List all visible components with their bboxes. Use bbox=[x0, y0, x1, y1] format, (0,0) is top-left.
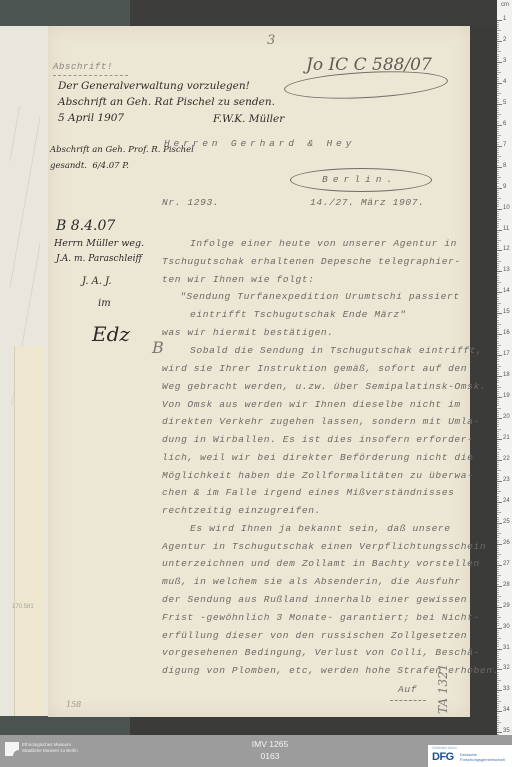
ruler-minor-tick bbox=[497, 211, 499, 212]
ruler-minor-tick bbox=[497, 294, 499, 295]
ruler-minor-tick bbox=[497, 265, 499, 266]
ruler-minor-tick bbox=[497, 244, 499, 245]
ruler-minor-tick bbox=[497, 47, 499, 48]
ruler-minor-tick bbox=[497, 496, 499, 497]
file-prefix: Jo IC bbox=[306, 55, 348, 75]
body-line: der Sendung aus Rußland innerhalb einer … bbox=[162, 594, 467, 605]
ruler-tick-label: 5 bbox=[503, 100, 506, 106]
handwritten-note-line-2: Abschrift an Geh. Rat Pischel zu senden. bbox=[58, 96, 275, 108]
ruler-minor-tick bbox=[497, 437, 499, 438]
ruler-minor-tick bbox=[497, 345, 501, 346]
ruler-tick-label: 11 bbox=[503, 226, 509, 232]
body-line: wird sie Ihrer Instruktion gemäß, sofort… bbox=[162, 363, 467, 374]
body-line: Weg gebracht werden, u.zw. über Semipala… bbox=[162, 381, 486, 392]
ruler-minor-tick bbox=[497, 79, 499, 80]
ruler-minor-tick bbox=[497, 221, 499, 222]
ruler-tick bbox=[497, 544, 502, 545]
ruler-minor-tick bbox=[497, 349, 499, 350]
ruler-minor-tick bbox=[497, 116, 499, 117]
ruler-tick-label: 23 bbox=[503, 477, 510, 483]
ruler-minor-tick bbox=[497, 261, 501, 262]
ruler-tick-label: 31 bbox=[503, 645, 510, 651]
ruler-minor-tick bbox=[497, 399, 499, 400]
ruler-minor-tick bbox=[497, 684, 499, 685]
ruler-minor-tick bbox=[497, 401, 499, 402]
ruler-minor-tick bbox=[497, 56, 499, 57]
ruler-minor-tick bbox=[497, 198, 501, 199]
ruler-tick-label: 6 bbox=[503, 121, 506, 127]
ruler-minor-tick bbox=[497, 22, 499, 23]
page-number: 3 bbox=[267, 33, 275, 48]
ruler-minor-tick bbox=[497, 60, 499, 61]
ruler-minor-tick bbox=[497, 676, 499, 677]
ruler-minor-tick bbox=[497, 357, 499, 358]
ruler-minor-tick bbox=[497, 506, 499, 507]
ruler-minor-tick bbox=[497, 54, 499, 55]
ruler-minor-tick bbox=[497, 403, 499, 404]
ruler-minor-tick bbox=[497, 579, 499, 580]
ruler-minor-tick bbox=[497, 372, 499, 373]
ruler-minor-tick bbox=[497, 493, 499, 494]
ruler-minor-tick bbox=[497, 253, 499, 254]
catchword-underline bbox=[390, 700, 426, 701]
ruler-tick bbox=[497, 104, 502, 105]
ruler-minor-tick bbox=[497, 297, 499, 298]
ruler-minor-tick bbox=[497, 238, 499, 239]
letter-date: 14./27. März 1907. bbox=[310, 197, 424, 208]
ruler-minor-tick bbox=[497, 341, 499, 342]
ruler-minor-tick bbox=[497, 550, 499, 551]
ruler-tick bbox=[497, 481, 502, 482]
ruler-minor-tick bbox=[497, 594, 499, 595]
ruler-minor-tick bbox=[497, 77, 499, 78]
ruler-minor-tick bbox=[497, 139, 499, 140]
body-line: muß, in welchem sie als Absenderin, die … bbox=[162, 576, 461, 587]
ruler-minor-tick bbox=[497, 431, 499, 432]
ruler-minor-tick bbox=[497, 452, 499, 453]
ruler-minor-tick bbox=[497, 286, 499, 287]
ruler-minor-tick bbox=[497, 330, 499, 331]
ruler-minor-tick bbox=[497, 311, 499, 312]
ruler-tick-label: 18 bbox=[503, 372, 510, 378]
ruler-minor-tick bbox=[497, 37, 499, 38]
ruler-minor-tick bbox=[497, 651, 499, 652]
ruler-minor-tick bbox=[497, 473, 499, 474]
ruler-minor-tick bbox=[497, 697, 499, 698]
ruler-minor-tick bbox=[497, 158, 499, 159]
ruler-minor-tick bbox=[497, 91, 499, 92]
ruler-minor-tick bbox=[497, 581, 499, 582]
left-page-number: 158 bbox=[66, 700, 81, 709]
ruler-minor-tick bbox=[497, 596, 501, 597]
ruler-tick-label: 16 bbox=[503, 330, 510, 336]
dfg-logo: Gefördert durch DFG Deutsche Forschungsg… bbox=[428, 745, 512, 767]
ruler-minor-tick bbox=[497, 98, 499, 99]
ruler-minor-tick bbox=[497, 70, 499, 71]
ruler-minor-tick bbox=[497, 202, 499, 203]
ruler-tick bbox=[497, 20, 502, 21]
ruler-minor-tick bbox=[497, 366, 501, 367]
ruler-minor-tick bbox=[497, 621, 499, 622]
ruler-tick-label: 14 bbox=[503, 288, 510, 294]
ruler-minor-tick bbox=[497, 263, 499, 264]
ruler-minor-tick bbox=[497, 590, 499, 591]
body-line: lich, weil wir bei direkter Beförderung … bbox=[162, 452, 474, 463]
ruler-minor-tick bbox=[497, 162, 499, 163]
ruler-minor-tick bbox=[497, 600, 499, 601]
museum-sub: Staatliche Museen zu Berlin bbox=[22, 748, 78, 754]
ruler-minor-tick bbox=[497, 171, 499, 172]
ruler-minor-tick bbox=[497, 382, 499, 383]
ruler-minor-tick bbox=[497, 410, 499, 411]
ruler-minor-tick bbox=[497, 529, 499, 530]
ruler-tick-label: 24 bbox=[503, 498, 510, 504]
ruler-minor-tick bbox=[497, 573, 499, 574]
ruler-tick bbox=[497, 41, 502, 42]
ruler-minor-tick bbox=[497, 190, 499, 191]
body-line: Tschugutschak erhaltenen Depesche telegr… bbox=[162, 256, 461, 267]
ruler-minor-tick bbox=[497, 142, 499, 143]
ruler-tick-label: 3 bbox=[503, 58, 506, 64]
ruler-minor-tick bbox=[497, 30, 501, 31]
margin-mark: B bbox=[152, 338, 164, 357]
ruler-minor-tick bbox=[497, 154, 499, 155]
ruler-minor-tick bbox=[497, 663, 499, 664]
ruler-tick bbox=[497, 292, 502, 293]
ruler-minor-tick bbox=[497, 441, 499, 442]
ruler-minor-tick bbox=[497, 416, 499, 417]
ruler-minor-tick bbox=[497, 347, 499, 348]
ruler-minor-tick bbox=[497, 234, 499, 235]
ruler-minor-tick bbox=[497, 456, 499, 457]
ruler-tick bbox=[497, 125, 502, 126]
ruler-minor-tick bbox=[497, 393, 499, 394]
ruler-minor-tick bbox=[497, 35, 499, 36]
margin-note-3: J.A. m. Paraschleiff bbox=[56, 254, 142, 264]
ruler-minor-tick bbox=[497, 665, 499, 666]
ruler-minor-tick bbox=[497, 508, 499, 509]
ruler-tick bbox=[497, 565, 502, 566]
margin-note-6: Edz bbox=[92, 322, 130, 346]
ruler-minor-tick bbox=[497, 223, 499, 224]
ruler-minor-tick bbox=[497, 701, 501, 702]
ruler-minor-tick bbox=[497, 554, 501, 555]
ruler-tick bbox=[497, 669, 502, 670]
ruler-minor-tick bbox=[497, 642, 499, 643]
ruler-tick bbox=[497, 83, 502, 84]
ruler-tick-label: 19 bbox=[503, 393, 510, 399]
copy-label-underline bbox=[53, 75, 128, 76]
ruler-tick bbox=[497, 313, 502, 314]
ruler-minor-tick bbox=[497, 408, 501, 409]
ruler-tick-label: 20 bbox=[503, 414, 510, 420]
ruler-minor-tick bbox=[497, 204, 499, 205]
ruler-minor-tick bbox=[497, 521, 499, 522]
ruler-minor-tick bbox=[497, 51, 501, 52]
ruler-minor-tick bbox=[497, 720, 499, 721]
ruler-minor-tick bbox=[497, 87, 499, 88]
ruler-tick-label: 10 bbox=[503, 205, 510, 211]
ruler-minor-tick bbox=[497, 290, 499, 291]
ruler-minor-tick bbox=[497, 491, 501, 492]
body-line: "Sendung Turfanexpedition Urumtschi pass… bbox=[180, 291, 460, 302]
ruler-minor-tick bbox=[497, 619, 499, 620]
ruler-minor-tick bbox=[497, 58, 499, 59]
ruler-tick bbox=[497, 250, 502, 251]
ruler-minor-tick bbox=[497, 66, 499, 67]
ruler-minor-tick bbox=[497, 577, 499, 578]
scan-background-top bbox=[130, 0, 497, 26]
ruler-tick bbox=[497, 230, 502, 231]
ruler-minor-tick bbox=[497, 443, 499, 444]
ruler-minor-tick bbox=[497, 49, 499, 50]
body-line: erfüllung dieser von den russischen Zoll… bbox=[162, 630, 467, 641]
ruler-minor-tick bbox=[497, 45, 499, 46]
ruler-minor-tick bbox=[497, 85, 499, 86]
body-line: eintrifft Tschugutschak Ende März" bbox=[190, 309, 406, 320]
ruler-minor-tick bbox=[497, 114, 501, 115]
ruler-minor-tick bbox=[497, 225, 499, 226]
ruler-minor-tick bbox=[497, 623, 499, 624]
ruler-minor-tick bbox=[497, 206, 499, 207]
ruler-minor-tick bbox=[497, 246, 499, 247]
ruler-tick bbox=[497, 732, 502, 733]
dfg-logo-text: DFG bbox=[432, 751, 454, 763]
ruler-minor-tick bbox=[497, 703, 499, 704]
ruler-minor-tick bbox=[497, 718, 499, 719]
ruler-minor-tick bbox=[497, 240, 501, 241]
ruler-minor-tick bbox=[497, 186, 499, 187]
ruler-minor-tick bbox=[497, 288, 499, 289]
previous-page-edge: 170.581 bbox=[0, 26, 49, 716]
ruler-minor-tick bbox=[497, 730, 499, 731]
ruler-minor-tick bbox=[497, 175, 499, 176]
ruler-minor-tick bbox=[497, 707, 499, 708]
ruler-minor-tick bbox=[497, 112, 499, 113]
scan-background-bottom-left bbox=[0, 716, 130, 736]
ruler-minor-tick bbox=[497, 389, 499, 390]
ruler-tick-label: 29 bbox=[503, 603, 510, 609]
ruler-tick-label: 15 bbox=[503, 309, 510, 315]
ruler-minor-tick bbox=[497, 269, 499, 270]
ruler-minor-tick bbox=[497, 426, 499, 427]
ruler-minor-tick bbox=[497, 726, 499, 727]
ruler-tick bbox=[497, 523, 502, 524]
ruler-minor-tick bbox=[497, 429, 501, 430]
ruler-minor-tick bbox=[497, 64, 499, 65]
ruler-minor-tick bbox=[497, 728, 499, 729]
ruler-minor-tick bbox=[497, 43, 499, 44]
ruler-minor-tick bbox=[497, 303, 501, 304]
ruler-minor-tick bbox=[497, 106, 499, 107]
ruler-tick-label: 26 bbox=[503, 540, 510, 546]
ruler-minor-tick bbox=[497, 324, 501, 325]
ruler-tick bbox=[497, 334, 502, 335]
ruler-minor-tick bbox=[497, 236, 499, 237]
ruler-minor-tick bbox=[497, 102, 499, 103]
ruler-minor-tick bbox=[497, 466, 499, 467]
ruler-tick-label: 35 bbox=[503, 728, 510, 734]
handwritten-note-date: 5 April 1907 bbox=[58, 112, 124, 124]
ruler-minor-tick bbox=[497, 213, 499, 214]
ruler-minor-tick bbox=[497, 343, 499, 344]
ruler-tick-label: 22 bbox=[503, 456, 510, 462]
ruler-minor-tick bbox=[497, 177, 501, 178]
dfg-name: Deutsche Forschungsgemeinschaft bbox=[460, 752, 505, 762]
ruler-minor-tick bbox=[497, 500, 499, 501]
ruler-minor-tick bbox=[497, 640, 499, 641]
ruler-minor-tick bbox=[497, 552, 499, 553]
ruler-minor-tick bbox=[497, 242, 499, 243]
ruler-minor-tick bbox=[497, 483, 499, 484]
ruler-minor-tick bbox=[497, 131, 499, 132]
scan-number: 0163 bbox=[220, 750, 320, 762]
ruler-minor-tick bbox=[497, 68, 499, 69]
ruler-minor-tick bbox=[497, 307, 499, 308]
ruler-minor-tick bbox=[497, 533, 501, 534]
ruler-minor-tick bbox=[497, 598, 499, 599]
ruler-minor-tick bbox=[497, 278, 499, 279]
ruler-minor-tick bbox=[497, 611, 499, 612]
ruler-tick bbox=[497, 690, 502, 691]
ruler-minor-tick bbox=[497, 364, 499, 365]
ruler-minor-tick bbox=[497, 359, 499, 360]
ruler-tick-label: 2 bbox=[503, 37, 506, 43]
ruler-minor-tick bbox=[497, 196, 499, 197]
ruler-minor-tick bbox=[497, 127, 499, 128]
ruler-minor-tick bbox=[497, 280, 499, 281]
ruler-tick-label: 27 bbox=[503, 561, 510, 567]
ruler-minor-tick bbox=[497, 638, 501, 639]
ruler-tick bbox=[497, 397, 502, 398]
ruler-minor-tick bbox=[497, 592, 499, 593]
inventory-number: IMV 1265 bbox=[220, 738, 320, 750]
catchword: Auf bbox=[398, 684, 417, 695]
ruler-minor-tick bbox=[497, 273, 499, 274]
ruler-minor-tick bbox=[497, 72, 501, 73]
ruler-tick-label: 12 bbox=[503, 246, 510, 252]
ruler-minor-tick bbox=[497, 489, 499, 490]
ruler-minor-tick bbox=[497, 479, 499, 480]
handwritten-note-line-1: Der Generalverwaltung vorzulegen! bbox=[58, 80, 250, 92]
ruler-minor-tick bbox=[497, 391, 499, 392]
ruler-minor-tick bbox=[497, 227, 499, 228]
left-page-stamp: 170.581 bbox=[12, 604, 34, 610]
file-number-value: C 588/07 bbox=[354, 55, 432, 75]
ruler-minor-tick bbox=[497, 217, 499, 218]
ruler-tick-label: 9 bbox=[503, 184, 506, 190]
ruler-tick bbox=[497, 376, 502, 377]
ruler-minor-tick bbox=[497, 449, 501, 450]
ruler-tick bbox=[497, 649, 502, 650]
ruler-minor-tick bbox=[497, 301, 499, 302]
body-line: Agentur in Tschugutschak einen Verpflich… bbox=[162, 541, 486, 552]
recipient: Herren Gerhard & Hey bbox=[164, 138, 355, 149]
ruler-minor-tick bbox=[497, 563, 499, 564]
ruler-tick bbox=[497, 460, 502, 461]
ruler-tick-label: 13 bbox=[503, 267, 510, 273]
ruler-minor-tick bbox=[497, 634, 499, 635]
ruler-minor-tick bbox=[497, 370, 499, 371]
ruler-minor-tick bbox=[497, 531, 499, 532]
ruler-tick-label: 21 bbox=[503, 435, 510, 441]
ruler-minor-tick bbox=[497, 121, 499, 122]
ruler-minor-tick bbox=[497, 322, 499, 323]
ruler-tick bbox=[497, 586, 502, 587]
reference-number: Nr. 1293. bbox=[162, 197, 219, 208]
ruler-minor-tick bbox=[497, 686, 499, 687]
ruler-minor-tick bbox=[497, 510, 499, 511]
city: Berlin. bbox=[322, 174, 397, 185]
ruler-minor-tick bbox=[497, 667, 499, 668]
ruler-minor-tick bbox=[497, 527, 499, 528]
ruler-minor-tick bbox=[497, 535, 499, 536]
ruler-minor-tick bbox=[497, 26, 499, 27]
ruler-tick-label: 28 bbox=[503, 582, 510, 588]
ruler-tick bbox=[497, 711, 502, 712]
ruler-minor-tick bbox=[497, 194, 499, 195]
ruler-minor-tick bbox=[497, 368, 499, 369]
ruler-minor-tick bbox=[497, 657, 499, 658]
body-line: direkten Verkehr zugehen lassen, sondern… bbox=[162, 416, 480, 427]
measurement-ruler: cm 1234567891011121314151617181920212223… bbox=[497, 0, 512, 735]
ruler-minor-tick bbox=[497, 485, 499, 486]
ruler-tick bbox=[497, 271, 502, 272]
body-line: unterzeichnen und dem Zollamt in Bachty … bbox=[162, 558, 480, 569]
ruler-minor-tick bbox=[497, 678, 499, 679]
ruler-minor-tick bbox=[497, 336, 499, 337]
ruler-minor-tick bbox=[497, 282, 501, 283]
ruler-minor-tick bbox=[497, 625, 499, 626]
body-line: Von Omsk aus werden wir Ihnen dieselbe n… bbox=[162, 399, 461, 410]
ruler-minor-tick bbox=[497, 475, 499, 476]
folded-page-edge bbox=[14, 346, 45, 716]
ruler-minor-tick bbox=[497, 338, 499, 339]
ruler-tick bbox=[497, 146, 502, 147]
ruler-minor-tick bbox=[497, 556, 499, 557]
ruler-minor-tick bbox=[497, 464, 499, 465]
ruler-minor-tick bbox=[497, 95, 499, 96]
ruler-minor-tick bbox=[497, 487, 499, 488]
dfg-prefix: Gefördert durch bbox=[432, 746, 457, 750]
ruler-minor-tick bbox=[497, 39, 499, 40]
ruler-tick bbox=[497, 628, 502, 629]
ruler-minor-tick bbox=[497, 332, 499, 333]
ruler-minor-tick bbox=[497, 447, 499, 448]
ruler-minor-tick bbox=[497, 74, 499, 75]
ruler-unit: cm bbox=[501, 2, 509, 8]
ruler-tick-label: 8 bbox=[503, 163, 506, 169]
ruler-minor-tick bbox=[497, 433, 499, 434]
ruler-minor-tick bbox=[497, 646, 499, 647]
ruler-minor-tick bbox=[497, 699, 499, 700]
ruler-minor-tick bbox=[497, 468, 499, 469]
ruler-minor-tick bbox=[497, 259, 499, 260]
body-line: was wir hiermit bestätigen. bbox=[162, 327, 334, 338]
ruler-minor-tick bbox=[497, 653, 499, 654]
margin-note-4: J. A. J. bbox=[82, 276, 112, 287]
ruler-minor-tick bbox=[497, 571, 499, 572]
ruler-minor-tick bbox=[497, 454, 499, 455]
ruler-minor-tick bbox=[497, 353, 499, 354]
ruler-minor-tick bbox=[497, 688, 499, 689]
ruler-minor-tick bbox=[497, 118, 499, 119]
ruler-minor-tick bbox=[497, 636, 499, 637]
ruler-tick bbox=[497, 439, 502, 440]
ruler-minor-tick bbox=[497, 28, 499, 29]
ruler-minor-tick bbox=[497, 395, 499, 396]
ruler-minor-tick bbox=[497, 123, 499, 124]
